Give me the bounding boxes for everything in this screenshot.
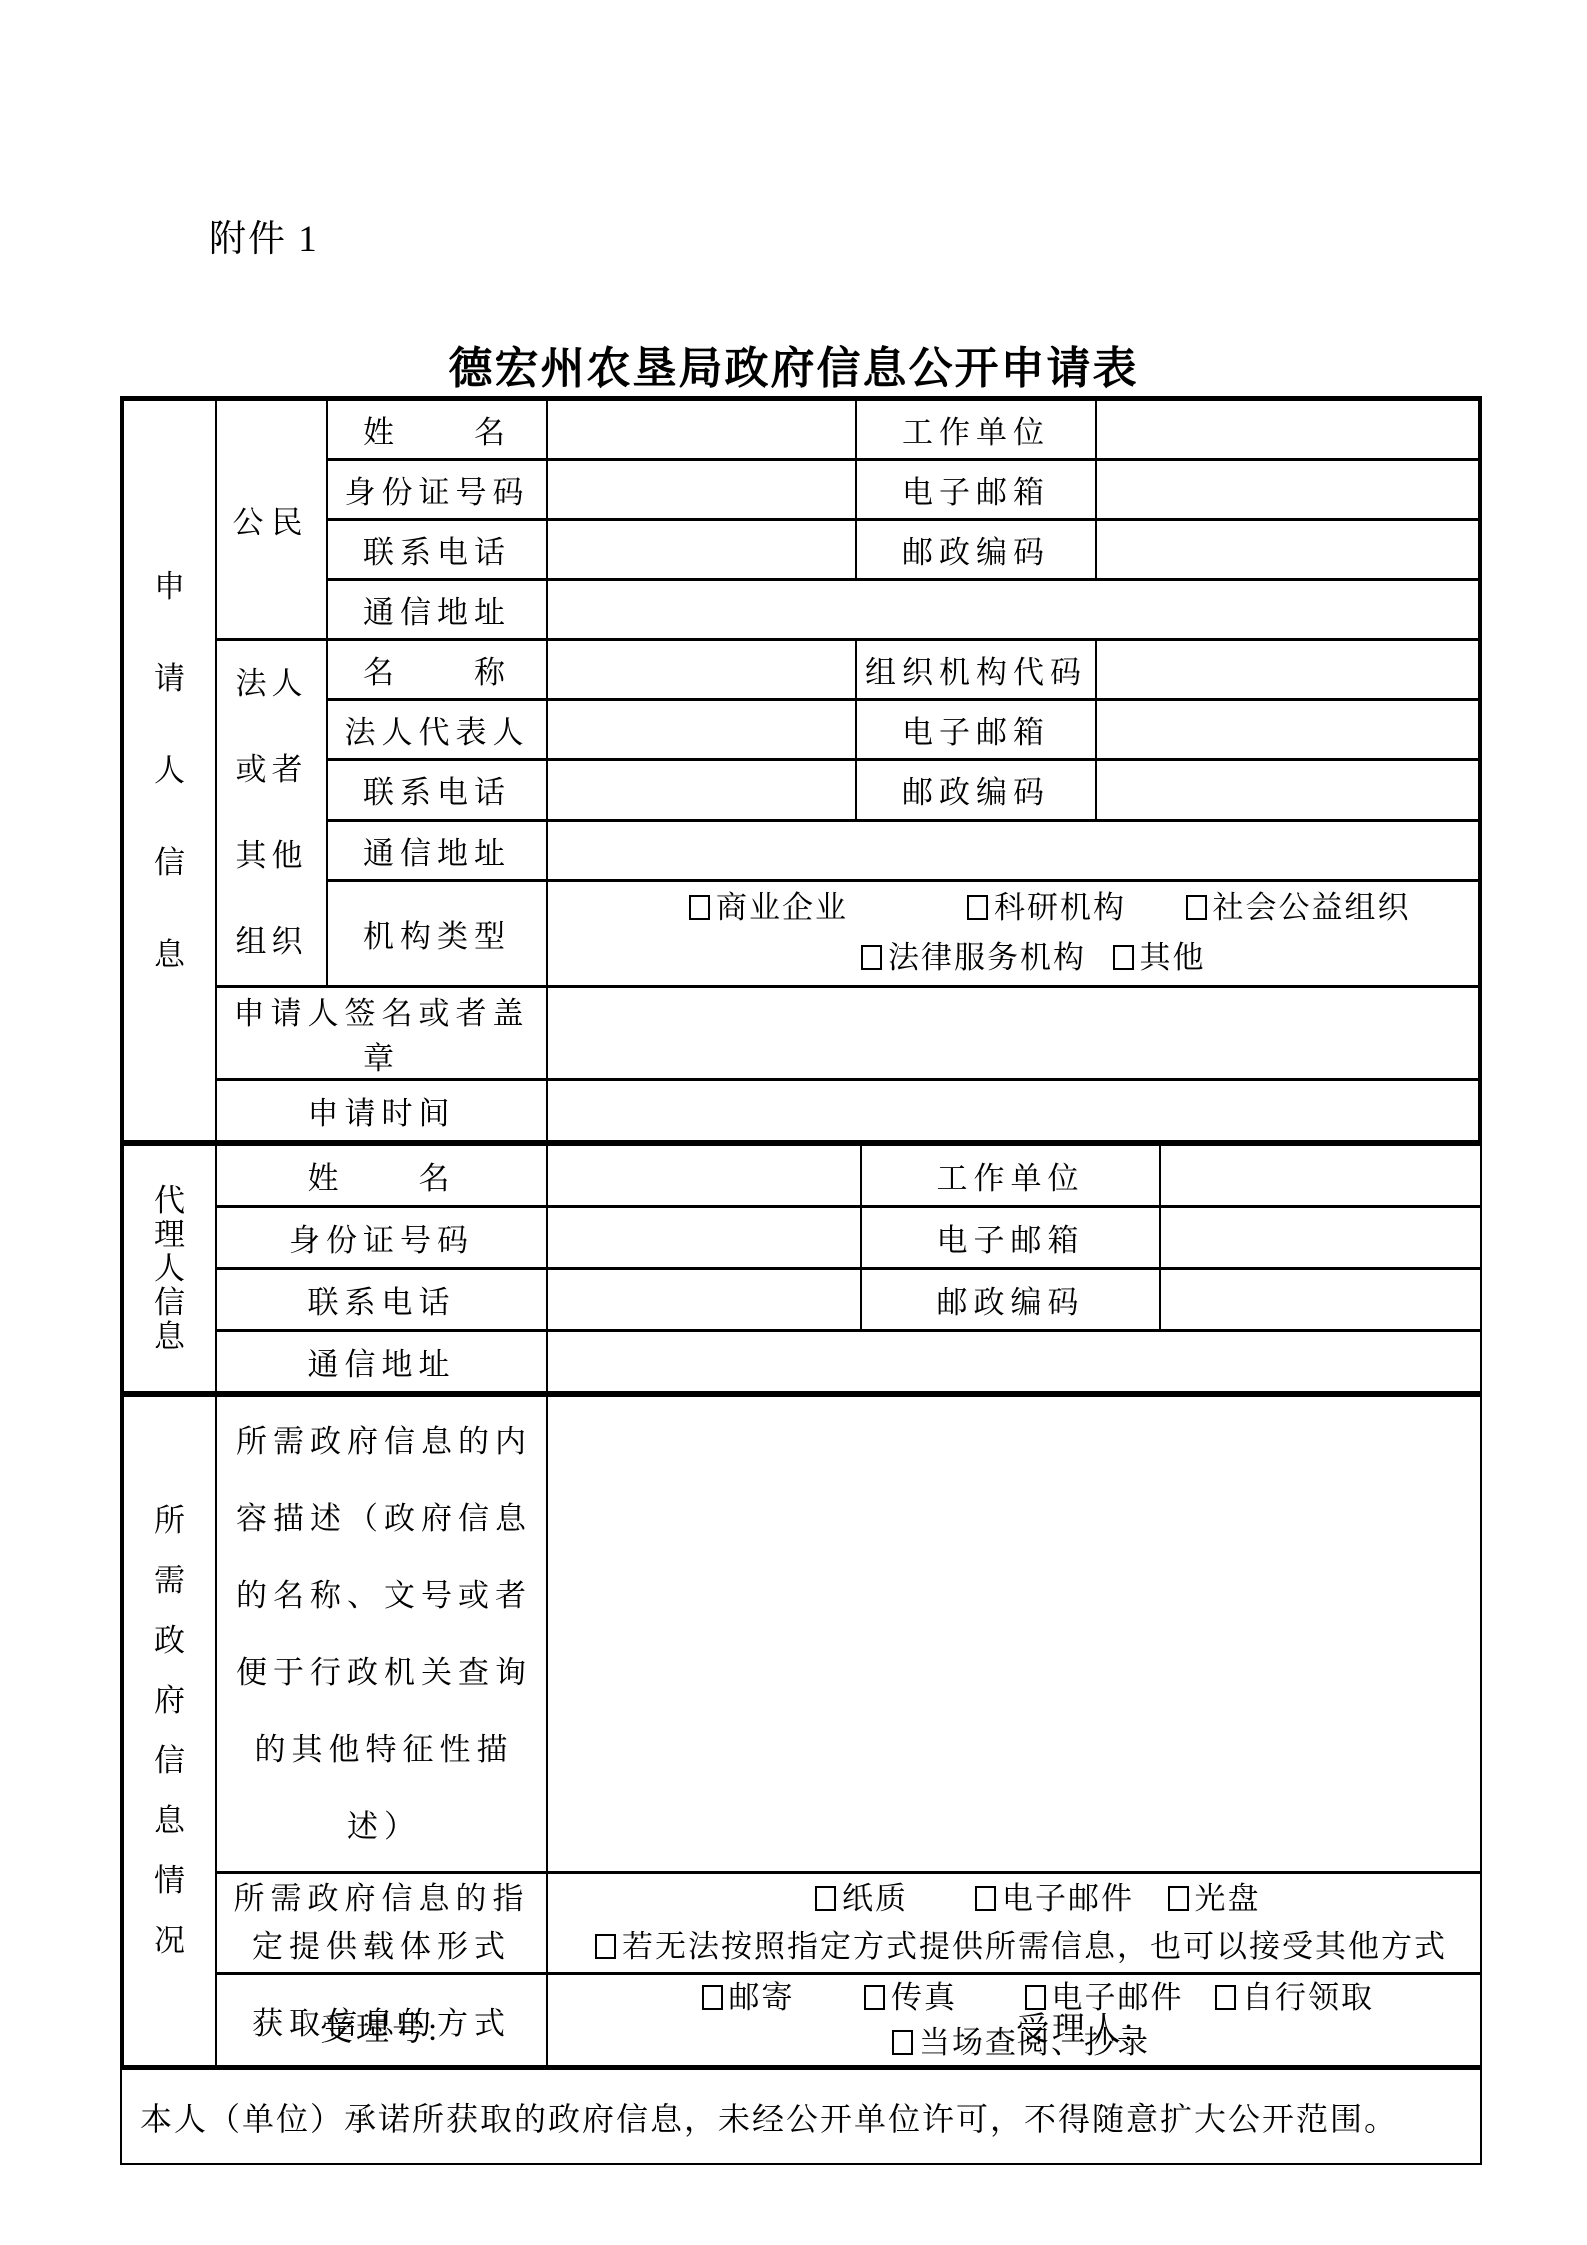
checkbox-icon[interactable] [689, 895, 710, 920]
application-time-field[interactable] [547, 1080, 1479, 1142]
citizen-idnumber-label: 身份证号码 [327, 460, 547, 520]
citizen-group-label: 公民 [216, 400, 327, 640]
agent-postcode-label: 邮政编码 [861, 1269, 1160, 1331]
applicant-section: 申请人信息 公民 姓 名 工作单位 身份证号码 电子邮箱 联系电话 邮政编码 [122, 398, 1480, 1143]
citizen-address-label: 通信地址 [327, 580, 547, 640]
checkbox-icon[interactable] [1186, 895, 1207, 920]
document-page: 附件 1 德宏州农垦局政府信息公开申请表 申请人信息 公民 姓 名 工作单位 [0, 0, 1587, 2245]
checkbox-icon[interactable] [1168, 1886, 1189, 1911]
agent-section-label: 代理人信息 [123, 1145, 216, 1393]
agent-phone-field[interactable] [547, 1269, 861, 1331]
checkbox-option-legal-service-org[interactable]: 法律服务机构 [835, 933, 1113, 983]
org-code-label: 组织机构代码 [856, 640, 1096, 700]
org-type-options-line1: 商业企业科研机构社会公益组织 [562, 883, 1478, 933]
checkbox-icon[interactable] [861, 945, 882, 970]
org-email-field[interactable] [1096, 700, 1479, 760]
checkbox-icon[interactable] [892, 2030, 913, 2055]
agent-idnumber-label: 身份证号码 [216, 1207, 547, 1269]
org-name-label: 名 称 [327, 640, 547, 700]
applicant-section-label: 申请人信息 [123, 400, 216, 1142]
agent-email-field[interactable] [1160, 1207, 1481, 1269]
checkbox-icon[interactable] [815, 1886, 836, 1911]
agent-address-label: 通信地址 [216, 1331, 547, 1393]
checkbox-option-self-pickup[interactable]: 自行领取 [1215, 1975, 1374, 2020]
checkbox-option-accept-other-format[interactable]: 若无法按照指定方式提供所需信息，也可以接受其他方式 [595, 1923, 1447, 1971]
citizen-email-field[interactable] [1096, 460, 1479, 520]
org-name-field[interactable] [547, 640, 856, 700]
agent-section: 代理人信息 姓 名 工作单位 身份证号码 电子邮箱 联系电话 邮政编码 通信 [122, 1143, 1482, 1394]
agent-phone-label: 联系电话 [216, 1269, 547, 1331]
checkbox-icon[interactable] [1113, 945, 1134, 970]
org-type-options-line2: 法律服务机构其他 [562, 933, 1478, 983]
checkbox-icon[interactable] [975, 1886, 996, 1911]
acceptance-number-label: 受理号: [320, 2003, 440, 2050]
citizen-postcode-field[interactable] [1096, 520, 1479, 580]
citizen-email-label: 电子邮箱 [856, 460, 1096, 520]
applicant-signature-label: 申请人签名或者盖章 [216, 987, 547, 1080]
checkbox-icon[interactable] [864, 1985, 885, 2010]
citizen-idnumber-field[interactable] [547, 460, 856, 520]
pledge-text: 本人（单位）承诺所获取的政府信息，未经公开单位许可，不得随意扩大公开范围。 [140, 2094, 1398, 2140]
org-representative-field[interactable] [547, 700, 856, 760]
checkbox-option-mail[interactable]: 邮寄 [668, 1975, 828, 2020]
citizen-name-field[interactable] [547, 400, 856, 460]
info-description-label: 所需政府信息的内容描述（政府信息的名称、文号或者便于行政机关查询的其他特征性描述… [216, 1396, 547, 1873]
org-type-label: 机构类型 [327, 880, 547, 986]
carrier-options-line1: 纸质电子邮件光盘 [562, 1875, 1480, 1923]
citizen-workunit-label: 工作单位 [856, 400, 1096, 460]
org-code-field[interactable] [1096, 640, 1479, 700]
acceptor-label: 受理人: [1016, 2003, 1136, 2050]
checkbox-icon[interactable] [702, 1985, 723, 2010]
checkbox-option-paper[interactable]: 纸质 [782, 1875, 942, 1923]
agent-name-field[interactable] [547, 1145, 861, 1207]
pledge-row: 本人（单位）承诺所获取的政府信息，未经公开单位许可，不得随意扩大公开范围。 [122, 2068, 1480, 2163]
checkbox-option-other-org[interactable]: 其他 [1113, 933, 1206, 983]
checkbox-option-fax[interactable]: 传真 [828, 1975, 993, 2020]
attachment-label: 附件 1 [209, 208, 319, 262]
applicant-signature-field[interactable] [547, 987, 1479, 1080]
checkbox-option-email-carrier[interactable]: 电子邮件 [942, 1875, 1168, 1923]
citizen-workunit-field[interactable] [1096, 400, 1479, 460]
org-address-field[interactable] [547, 820, 1479, 880]
info-description-field[interactable] [547, 1396, 1481, 1873]
agent-workunit-label: 工作单位 [861, 1145, 1160, 1207]
citizen-phone-field[interactable] [547, 520, 856, 580]
checkbox-option-research-institution[interactable]: 科研机构 [908, 883, 1186, 933]
agent-name-label: 姓 名 [216, 1145, 547, 1207]
application-form-table: 申请人信息 公民 姓 名 工作单位 身份证号码 电子邮箱 联系电话 邮政编码 [120, 396, 1482, 2165]
agent-workunit-field[interactable] [1160, 1145, 1481, 1207]
org-postcode-label: 邮政编码 [856, 760, 1096, 820]
agent-idnumber-field[interactable] [547, 1207, 861, 1269]
org-email-label: 电子邮箱 [856, 700, 1096, 760]
checkbox-option-commercial-enterprise[interactable]: 商业企业 [630, 883, 908, 933]
carrier-format-options: 纸质电子邮件光盘 若无法按照指定方式提供所需信息，也可以接受其他方式 [547, 1873, 1481, 1974]
checkbox-option-public-welfare-org[interactable]: 社会公益组织 [1186, 883, 1411, 933]
obtain-method-options: 邮寄传真电子邮件自行领取 当场查阅、抄录 [547, 1974, 1481, 2067]
agent-postcode-field[interactable] [1160, 1269, 1481, 1331]
checkbox-option-cd[interactable]: 光盘 [1168, 1875, 1261, 1923]
citizen-postcode-label: 邮政编码 [856, 520, 1096, 580]
carrier-options-line2: 若无法按照指定方式提供所需信息，也可以接受其他方式 [562, 1923, 1480, 1971]
requested-info-section: 所需政府信息情况 所需政府信息的内容描述（政府信息的名称、文号或者便于行政机关查… [122, 1394, 1482, 2068]
requested-info-section-label: 所需政府信息情况 [123, 1396, 216, 2067]
org-phone-field[interactable] [547, 760, 856, 820]
checkbox-icon[interactable] [595, 1934, 616, 1959]
citizen-name-label: 姓 名 [327, 400, 547, 460]
org-group-label: 法人或者其他组织 [216, 640, 327, 987]
checkbox-icon[interactable] [1215, 1985, 1236, 2010]
agent-address-field[interactable] [547, 1331, 1481, 1393]
org-type-options: 商业企业科研机构社会公益组织 法律服务机构其他 [547, 880, 1479, 986]
citizen-phone-label: 联系电话 [327, 520, 547, 580]
org-address-label: 通信地址 [327, 820, 547, 880]
org-representative-label: 法人代表人 [327, 700, 547, 760]
carrier-format-label: 所需政府信息的指定提供载体形式 [216, 1873, 547, 1974]
citizen-address-field[interactable] [547, 580, 1479, 640]
application-time-label: 申请时间 [216, 1080, 547, 1142]
agent-email-label: 电子邮箱 [861, 1207, 1160, 1269]
org-phone-label: 联系电话 [327, 760, 547, 820]
checkbox-icon[interactable] [967, 895, 988, 920]
page-title: 德宏州农垦局政府信息公开申请表 [0, 332, 1587, 396]
org-postcode-field[interactable] [1096, 760, 1479, 820]
